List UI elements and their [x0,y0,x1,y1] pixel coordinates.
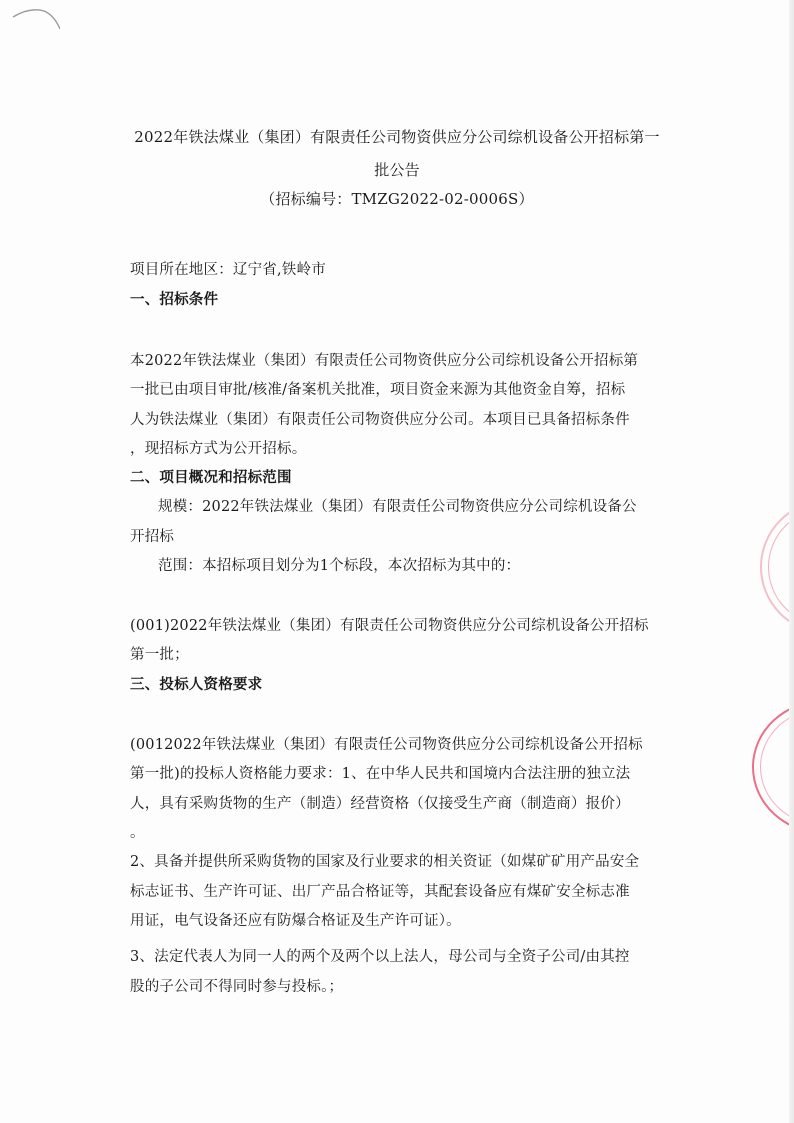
section-2-line: 范围：本招标项目划分为1个标段，本次招标为其中的： [158,554,520,575]
project-location: 项目所在地区：辽宁省,铁岭市 [130,258,326,279]
section-3-line: 用证，电气设备还应有防爆合格证及生产许可证）。 [130,909,461,930]
section-heading-3: 三、投标人资格要求 [130,673,262,694]
document-title-line-1: 2022年铁法煤业（集团）有限责任公司物资供应分公司综机设备公开招标第一 [0,126,794,147]
section-heading-2: 二、项目概况和招标范围 [130,466,292,487]
section-3-line: 第一批)的投标人资格能力要求：1、在中华人民共和国境内合法注册的独立法 [130,762,630,783]
section-3-line: (0012022年铁法煤业（集团）有限责任公司物资供应分公司综机设备公开招标 [130,733,643,754]
tender-number: （招标编号：TMZG2022-02-0006S） [0,188,794,209]
section-2-line: (001)2022年铁法煤业（集团）有限责任公司物资供应分公司综机设备公开招标 [130,614,649,635]
section-2-line: 第一批； [130,643,189,664]
section-3-line: 。 [130,821,145,842]
section-3-line: 2、具备并提供所采购货物的国家及行业要求的相关资证（如煤矿矿用产品安全 [130,850,639,871]
section-3-line: 3、法定代表人为同一人的两个及两个以上法人，母公司与全资子公司/由其控 [130,945,630,966]
section-1-line: 本2022年铁法煤业（集团）有限责任公司物资供应分公司综机设备公开招标第 [130,349,638,370]
section-1-line: 一批已由项目审批/核准/备案机关批准，项目资金来源为其他资金自筹，招标 [130,378,625,399]
section-2-line: 规模：2022年铁法煤业（集团）有限责任公司物资供应分公司综机设备公 [158,495,637,516]
document-title-line-2: 批公告 [0,159,794,180]
section-3-line: 股的子公司不得同时参与投标。； [130,975,343,996]
scanned-document-page: 2022年铁法煤业（集团）有限责任公司物资供应分公司综机设备公开招标第一 批公告… [0,0,794,1123]
section-3-line: 人，具有采购货物的生产（制造）经营资格（仅接受生产商（制造商）报价） [130,792,630,813]
section-1-line: 人为铁法煤业（集团）有限责任公司物资供应分公司。本项目已具备招标条件 [130,408,630,429]
section-heading-1: 一、招标条件 [130,288,218,309]
red-seal-stamp [752,700,794,834]
section-1-line: ，现招标方式为公开招标。 [130,437,306,458]
scan-mark-icon [10,5,60,29]
section-3-line: 标志证书、生产许可证、出厂产品合格证等，其配套设备应有煤矿安全标志准 [130,880,630,901]
scan-edge [789,0,794,1123]
section-2-line: 开招标 [130,525,174,546]
